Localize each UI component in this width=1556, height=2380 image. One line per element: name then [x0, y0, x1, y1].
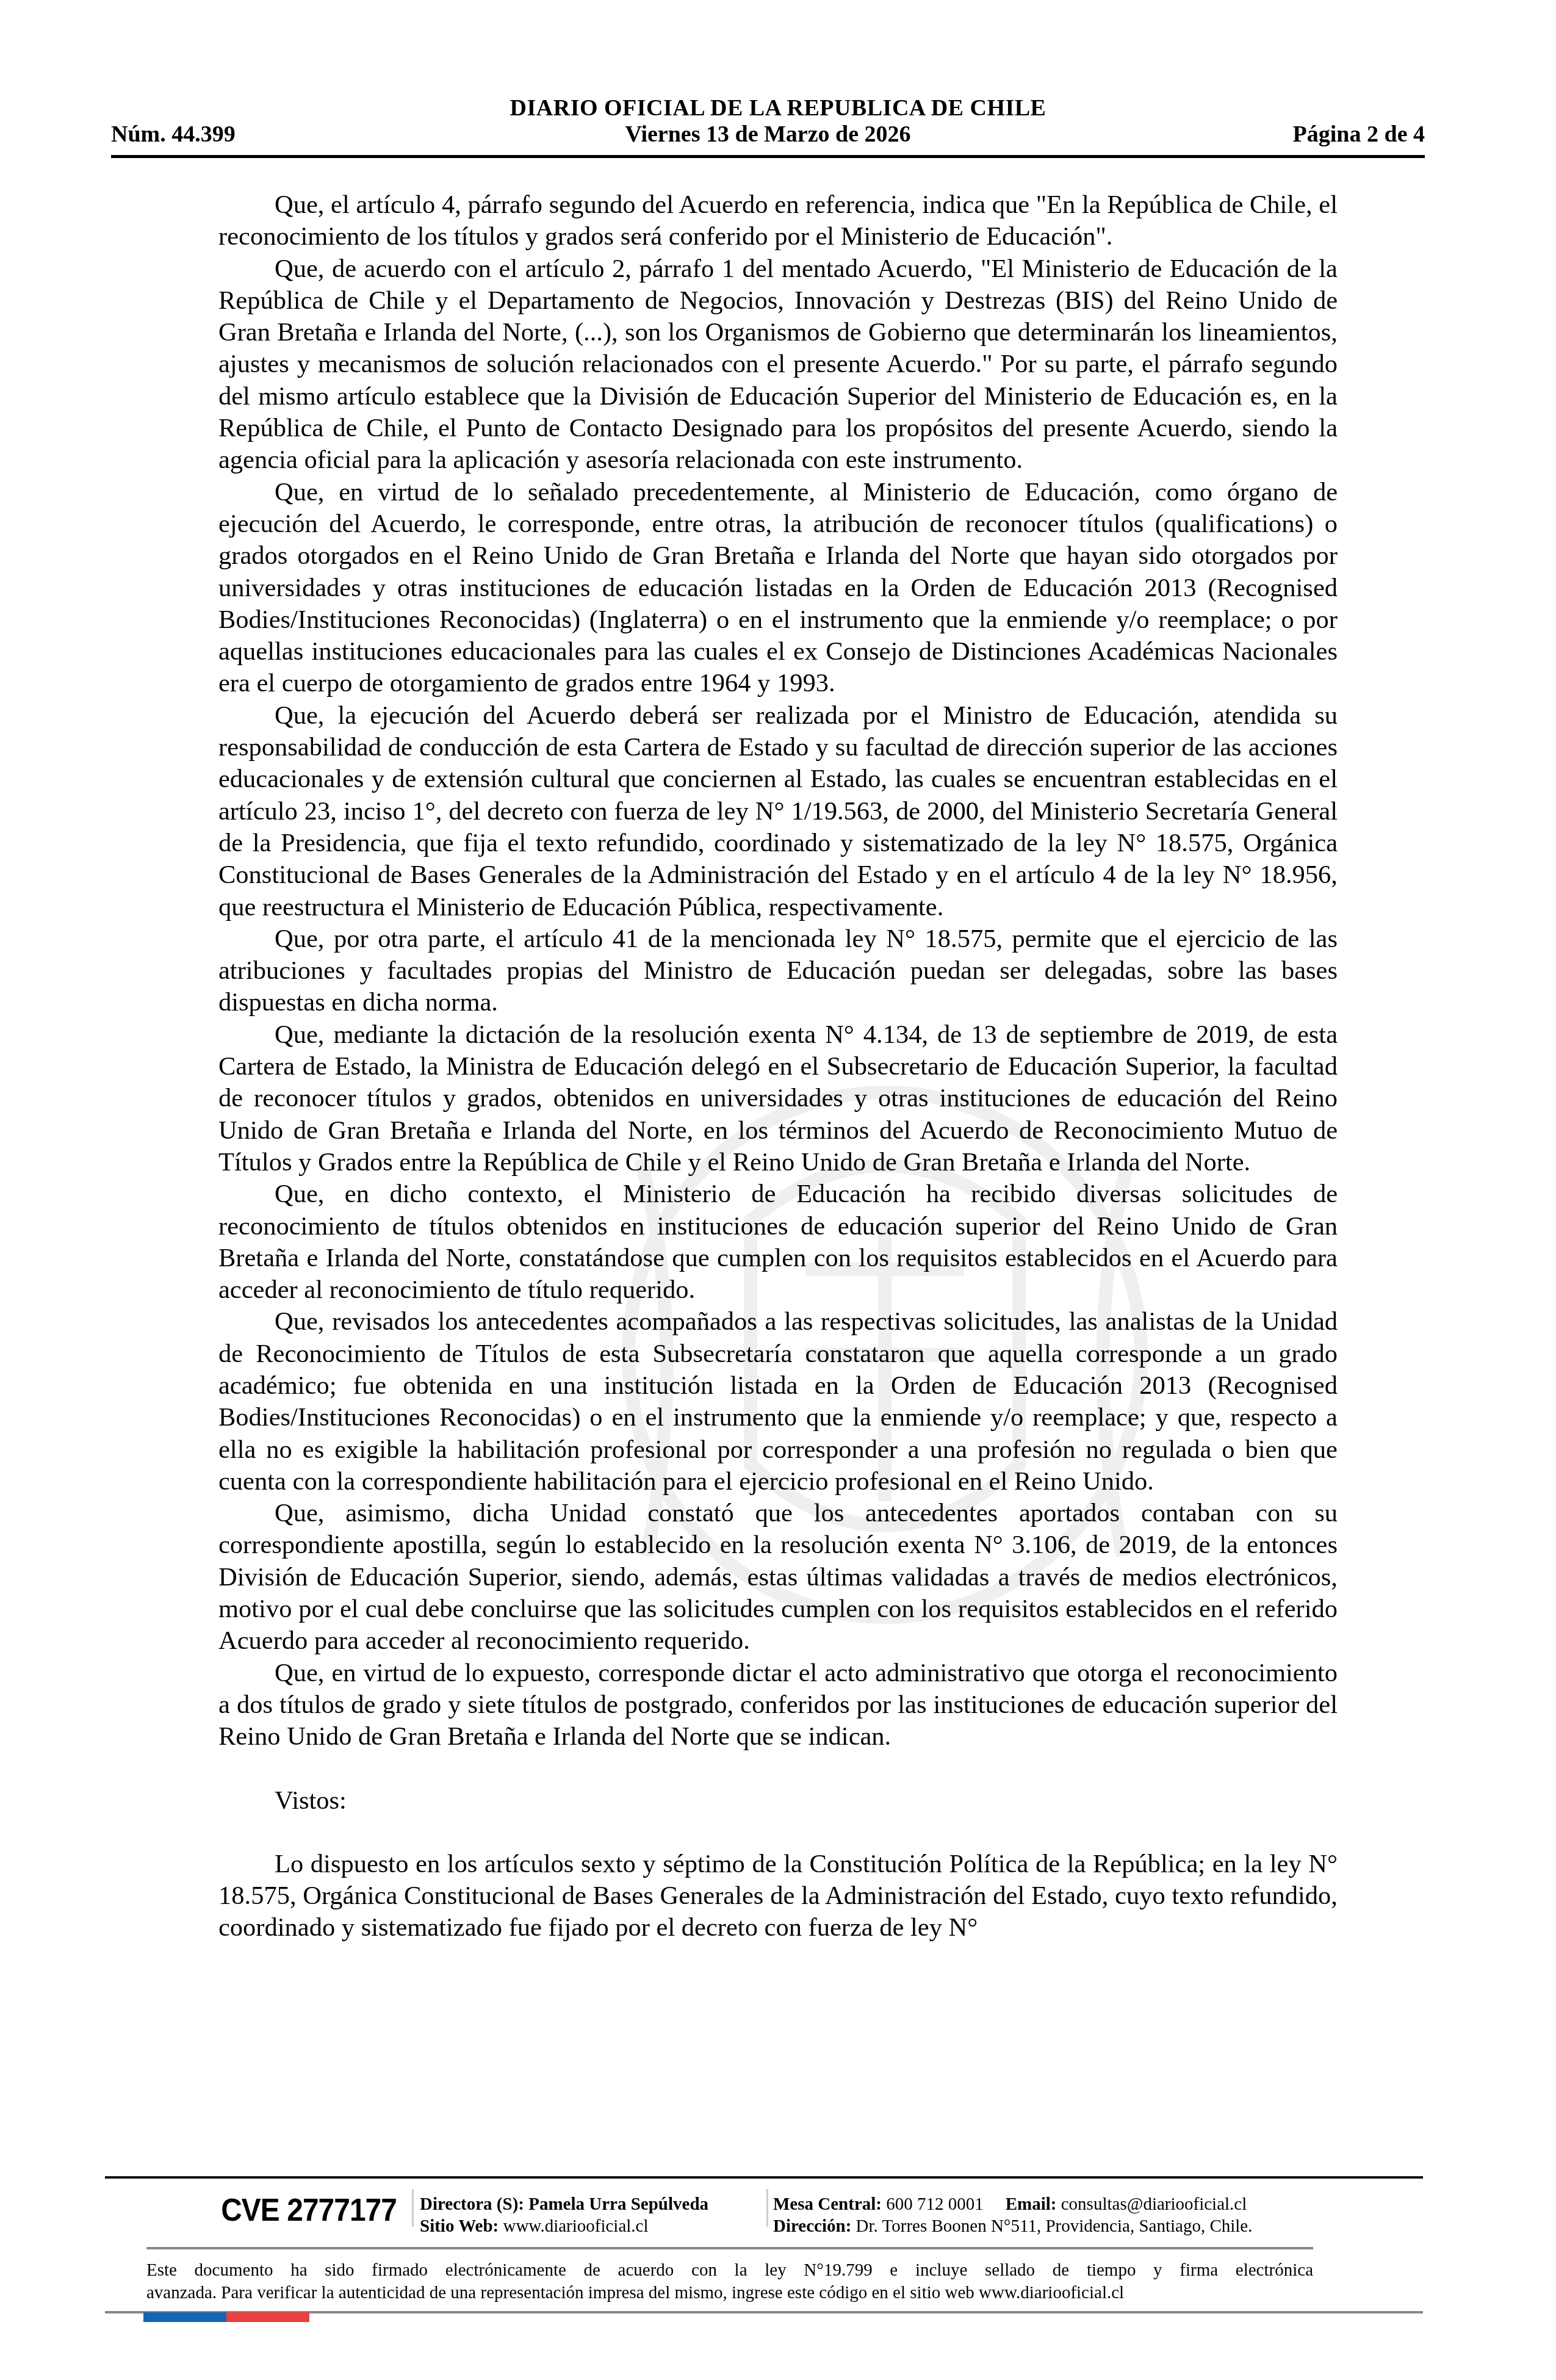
paragraph: Que, de acuerdo con el artículo 2, párra… [218, 253, 1338, 477]
email-label: Email: [1006, 2194, 1057, 2214]
footer-divider-top [105, 2176, 1423, 2179]
paragraph: Que, en dicho contexto, el Ministerio de… [218, 1178, 1338, 1306]
phone-number: 600 712 0001 [886, 2194, 984, 2214]
paragraph: Que, mediante la dictación de la resoluc… [218, 1019, 1338, 1178]
paragraph: Lo dispuesto en los artículos sexto y sé… [218, 1848, 1338, 1944]
paragraph: Que, la ejecución del Acuerdo deberá ser… [218, 700, 1338, 923]
cve-code: CVE 2777177 [161, 2192, 397, 2229]
legal-notice-line2: avanzada. Para verificar la autenticidad… [146, 2282, 1313, 2304]
paragraph: Que, en virtud de lo expuesto, correspon… [218, 1657, 1338, 1753]
director-name: Pamela Urra Sepúlveda [528, 2194, 708, 2214]
footer-divider-mid [146, 2247, 1313, 2249]
page-indicator: Página 2 de 4 [1293, 121, 1425, 148]
flag-stripe-red [226, 2312, 309, 2322]
address-label: Dirección: [773, 2216, 851, 2236]
website-label: Sitio Web: [420, 2216, 499, 2236]
paragraph: Que, revisados los antecedentes acompaña… [218, 1306, 1338, 1498]
flag-stripe-blue [143, 2312, 226, 2322]
footer-contact-col2: Mesa Central: 600 712 0001Email: consult… [773, 2193, 1252, 2237]
address: Dr. Torres Boonen N°511, Providencia, Sa… [856, 2216, 1253, 2236]
phone-label: Mesa Central: [773, 2194, 882, 2214]
paragraph: Que, el artículo 4, párrafo segundo del … [218, 189, 1338, 253]
section-heading-vistos: Vistos: [218, 1785, 1338, 1817]
publication-title: DIARIO OFICIAL DE LA REPUBLICA DE CHILE [0, 95, 1556, 121]
website-link[interactable]: www.diariooficial.cl [503, 2216, 648, 2236]
paragraph: Que, en virtud de lo señalado precedente… [218, 477, 1338, 700]
footer-separator [412, 2189, 414, 2227]
legal-notice-line1: Este documento ha sido firmado electróni… [146, 2259, 1313, 2282]
publication-date: Viernes 13 de Marzo de 2026 [111, 121, 1425, 148]
director-label: Directora (S): [420, 2194, 524, 2214]
header-divider [111, 155, 1425, 158]
paragraph: Que, asimismo, dicha Unidad constató que… [218, 1498, 1338, 1657]
footer-contact-col1: Directora (S): Pamela Urra Sepúlveda Sit… [420, 2193, 708, 2237]
header-info-row: Núm. 44.399 Viernes 13 de Marzo de 2026 … [111, 121, 1425, 150]
email-link[interactable]: consultas@diariooficial.cl [1061, 2194, 1247, 2214]
footer-separator [766, 2189, 768, 2227]
paragraph: Que, por otra parte, el artículo 41 de l… [218, 923, 1338, 1019]
legal-notice: Este documento ha sido firmado electróni… [146, 2259, 1313, 2304]
document-body: Que, el artículo 4, párrafo segundo del … [218, 189, 1338, 1944]
